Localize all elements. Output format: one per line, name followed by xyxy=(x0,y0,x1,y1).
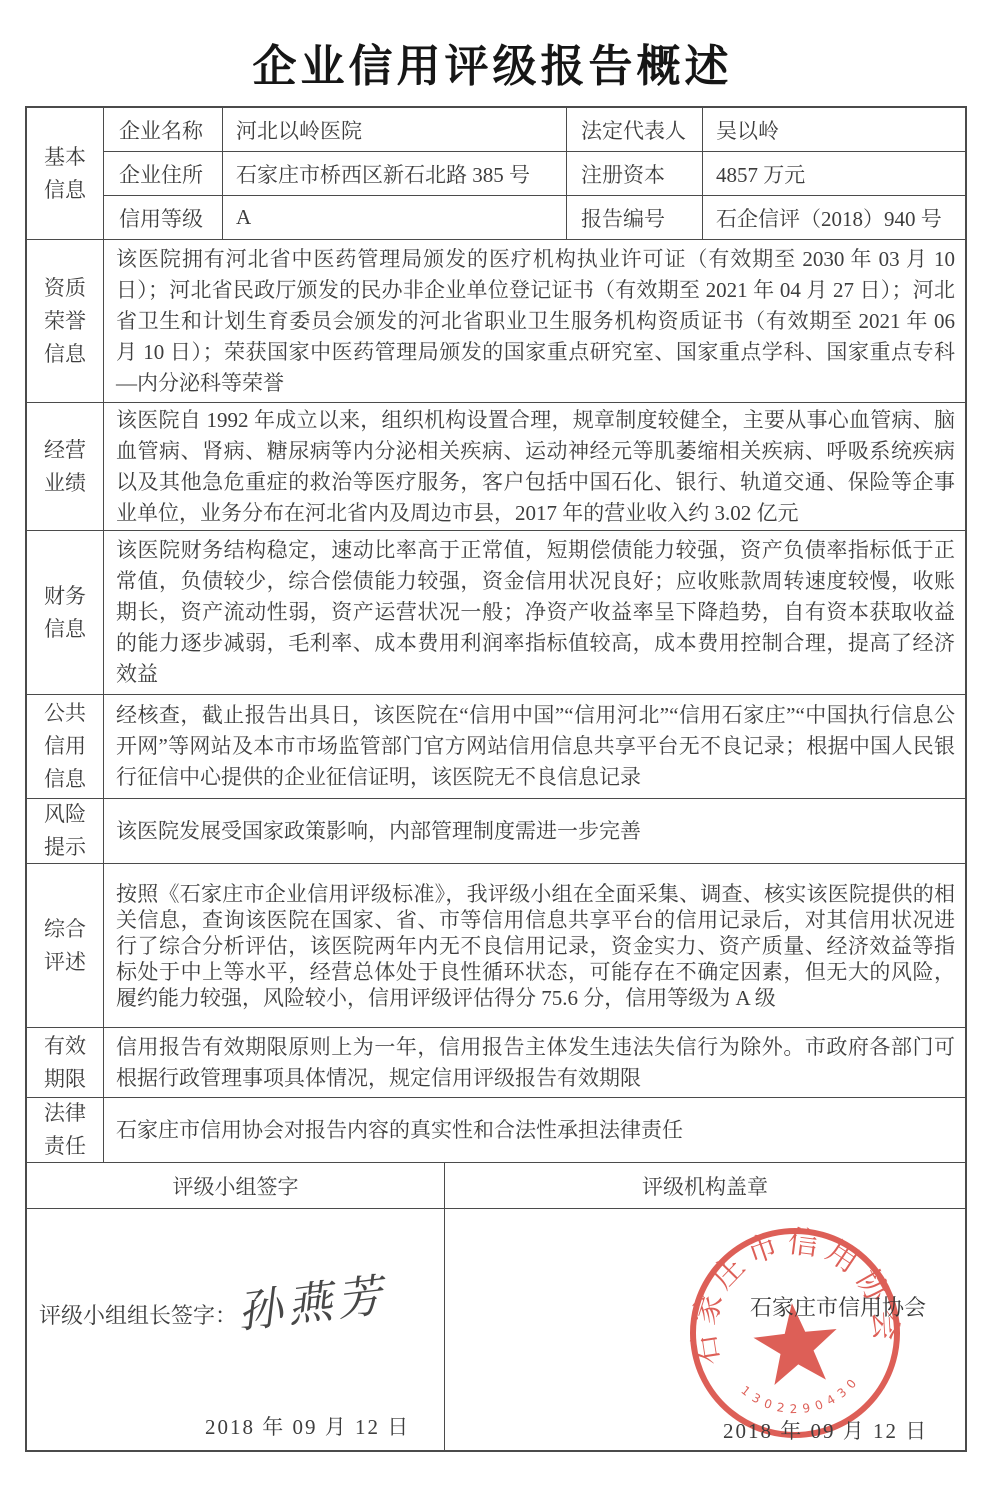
registered-capital-label: 注册资本 xyxy=(567,152,703,195)
section-paragraph: 信用报告有效期限原则上为一年，信用报告主体发生违法失信行为除外。市政府各部门可根… xyxy=(116,1032,955,1094)
credit-grade-label: 信用等级 xyxy=(104,196,223,239)
report-page: 企业信用评级报告概述 基本信息 企业名称 河北以岭医院 法定代表人 吴以岭 企业… xyxy=(0,0,985,1487)
section-paragraph: 该医院财务结构稳定，速动比率高于正常值，短期偿债能力较强，资产负债率指标低于正常… xyxy=(116,535,955,690)
registered-capital-value: 4857 万元 xyxy=(703,152,965,195)
section-qualification-honors: 资质荣誉信息 该医院拥有河北省中医药管理局颁发的医疗机构执业许可证（有效期至 2… xyxy=(27,240,965,403)
operating-performance-text: 该医院自 1992 年成立以来，组织机构设置合理，规章制度较健全，主要从事心血管… xyxy=(104,403,965,530)
section-paragraph: 经核查，截止报告出具日，该医院在“信用中国”“信用河北”“信用石家庄”“中国执行… xyxy=(116,700,955,793)
validity-period-text: 信用报告有效期限原则上为一年，信用报告主体发生违法失信行为除外。市政府各部门可根… xyxy=(104,1028,965,1097)
signoff-header-row: 评级小组签字 评级机构盖章 xyxy=(27,1163,965,1209)
section-risk-warning: 风险提示 该医院发展受国家政策影响，内部管理制度需进一步完善 xyxy=(27,799,965,864)
comprehensive-review-label: 综合评述 xyxy=(27,864,104,1027)
report-table: 基本信息 企业名称 河北以岭医院 法定代表人 吴以岭 企业住所 石家庄市桥西区新… xyxy=(25,106,967,1452)
section-label-text: 公共信用信息 xyxy=(41,697,89,796)
legal-representative-label: 法定代表人 xyxy=(567,108,703,151)
legal-responsibility-label: 法律责任 xyxy=(27,1098,104,1162)
team-signature-header: 评级小组签字 xyxy=(27,1163,445,1208)
section-label-text: 风险提示 xyxy=(41,798,89,864)
basic-info-label: 基本信息 xyxy=(27,108,104,239)
basic-info-label-text: 基本信息 xyxy=(41,141,89,207)
section-paragraph: 石家庄市信用协会对报告内容的真实性和合法性承担法律责任 xyxy=(116,1115,955,1146)
company-address-value: 石家庄市桥西区新石北路 385 号 xyxy=(223,152,567,195)
operating-performance-label: 经营业绩 xyxy=(27,403,104,530)
section-label-text: 财务信息 xyxy=(41,580,89,646)
section-comprehensive-review: 综合评述 按照《石家庄市企业信用评级标准》，我评级小组在全面采集、调查、核实该医… xyxy=(27,864,965,1028)
leader-signature-line: 评级小组组长签字：孙燕芳 xyxy=(39,1271,387,1336)
legal-responsibility-text: 石家庄市信用协会对报告内容的真实性和合法性承担法律责任 xyxy=(104,1098,965,1162)
section-basic-info: 基本信息 企业名称 河北以岭医院 法定代表人 吴以岭 企业住所 石家庄市桥西区新… xyxy=(27,108,965,240)
table-row: 信用等级 A 报告编号 石企信评（2018）940 号 xyxy=(104,196,965,239)
legal-representative-value: 吴以岭 xyxy=(703,108,965,151)
section-label-text: 有效期限 xyxy=(41,1030,89,1096)
credit-grade-value: A xyxy=(223,196,567,239)
handwritten-signature: 孙燕芳 xyxy=(233,1258,390,1341)
agency-name-text: 石家庄市信用协会 xyxy=(750,1291,926,1322)
section-legal-responsibility: 法律责任 石家庄市信用协会对报告内容的真实性和合法性承担法律责任 xyxy=(27,1098,965,1163)
qualification-honors-text: 该医院拥有河北省中医药管理局颁发的医疗机构执业许可证（有效期至 2030 年 0… xyxy=(104,240,965,402)
section-operating-performance: 经营业绩 该医院自 1992 年成立以来，组织机构设置合理，规章制度较健全，主要… xyxy=(27,403,965,531)
public-credit-info-text: 经核查，截止报告出具日，该医院在“信用中国”“信用河北”“信用石家庄”“中国执行… xyxy=(104,695,965,798)
section-paragraph: 该医院自 1992 年成立以来，组织机构设置合理，规章制度较健全，主要从事心血管… xyxy=(116,405,955,529)
section-paragraph: 该医院拥有河北省中医药管理局颁发的医疗机构执业许可证（有效期至 2030 年 0… xyxy=(116,244,955,399)
basic-info-rows: 企业名称 河北以岭医院 法定代表人 吴以岭 企业住所 石家庄市桥西区新石北路 3… xyxy=(104,108,965,239)
section-paragraph: 按照《石家庄市企业信用评级标准》，我评级小组在全面采集、调查、核实该医院提供的相… xyxy=(116,881,955,1011)
company-address-label: 企业住所 xyxy=(104,152,223,195)
validity-period-label: 有效期限 xyxy=(27,1028,104,1097)
report-number-label: 报告编号 xyxy=(567,196,703,239)
company-name-value: 河北以岭医院 xyxy=(223,108,567,151)
signoff-row: 评级小组组长签字：孙燕芳 2018 年 09 月 12 日 石家庄市信用协会 xyxy=(27,1209,965,1450)
team-signature-cell: 评级小组组长签字：孙燕芳 2018 年 09 月 12 日 xyxy=(27,1209,445,1450)
agency-sign-date: 2018 年 09 月 12 日 xyxy=(723,1415,928,1445)
risk-warning-text: 该医院发展受国家政策影响，内部管理制度需进一步完善 xyxy=(104,799,965,863)
team-sign-date: 2018 年 09 月 12 日 xyxy=(205,1411,410,1441)
risk-warning-label: 风险提示 xyxy=(27,799,104,863)
leader-signature-label: 评级小组组长签字： xyxy=(39,1303,237,1328)
financial-info-label: 财务信息 xyxy=(27,531,104,694)
table-row: 企业住所 石家庄市桥西区新石北路 385 号 注册资本 4857 万元 xyxy=(104,152,965,196)
section-label-text: 综合评述 xyxy=(41,913,89,979)
section-validity-period: 有效期限 信用报告有效期限原则上为一年，信用报告主体发生违法失信行为除外。市政府… xyxy=(27,1028,965,1098)
section-public-credit-info: 公共信用信息 经核查，截止报告出具日，该医院在“信用中国”“信用河北”“信用石家… xyxy=(27,695,965,799)
agency-seal-cell: 石家庄市信用协会 1302290430 石家庄市信用协会 2018 年 09 月… xyxy=(445,1209,965,1450)
section-financial-info: 财务信息 该医院财务结构稳定，速动比率高于正常值，短期偿债能力较强，资产负债率指… xyxy=(27,531,965,695)
qualification-honors-label: 资质荣誉信息 xyxy=(27,240,104,402)
comprehensive-review-text: 按照《石家庄市企业信用评级标准》，我评级小组在全面采集、调查、核实该医院提供的相… xyxy=(104,864,965,1027)
report-number-value: 石企信评（2018）940 号 xyxy=(703,196,965,239)
public-credit-info-label: 公共信用信息 xyxy=(27,695,104,798)
section-label-text: 法律责任 xyxy=(41,1097,89,1163)
company-name-label: 企业名称 xyxy=(104,108,223,151)
table-row: 企业名称 河北以岭医院 法定代表人 吴以岭 xyxy=(104,108,965,152)
agency-seal-header: 评级机构盖章 xyxy=(445,1163,965,1208)
section-paragraph: 该医院发展受国家政策影响，内部管理制度需进一步完善 xyxy=(116,816,955,847)
page-title: 企业信用评级报告概述 xyxy=(0,30,985,94)
section-label-text: 经营业绩 xyxy=(41,434,89,500)
section-label-text: 资质荣誉信息 xyxy=(41,272,89,371)
financial-info-text: 该医院财务结构稳定，速动比率高于正常值，短期偿债能力较强，资产负债率指标低于正常… xyxy=(104,531,965,694)
